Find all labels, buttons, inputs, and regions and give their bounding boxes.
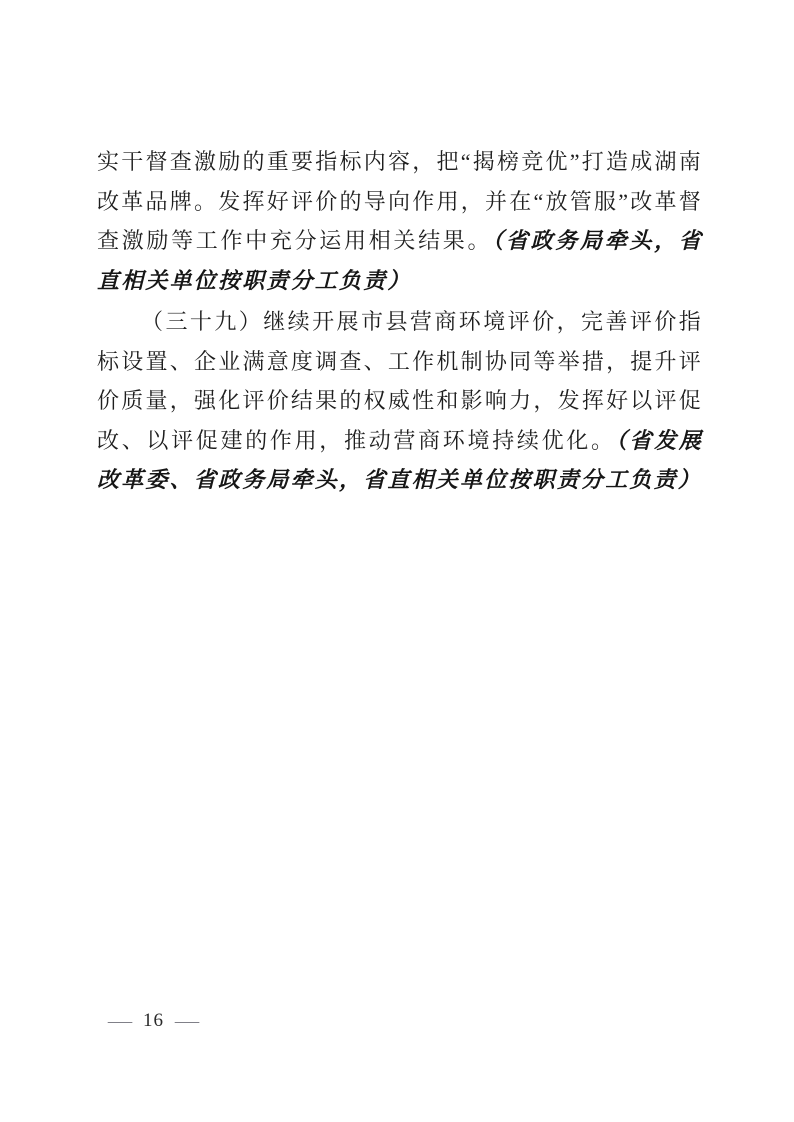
paragraph-body-text: （三十九）继续开展市县营商环境评价，完善评价指标设置、企业满意度调查、工作机制协… (97, 309, 703, 453)
page-number-right-dash: — (175, 1008, 199, 1034)
paragraph-continued: 实干督查激励的重要指标内容，把“揭榜竞优”打造成湖南改革品牌。发挥好评价的导向作… (97, 142, 703, 300)
paragraph-item-39: （三十九）继续开展市县营商环境评价，完善评价指标设置、企业满意度调查、工作机制协… (97, 302, 703, 500)
page-number: 16 (143, 1008, 164, 1034)
page-footer: — 16 — (111, 1008, 196, 1034)
document-page: 实干督查激励的重要指标内容，把“揭榜竞优”打造成湖南改革品牌。发挥好评价的导向作… (0, 0, 794, 1122)
page-number-left-dash: — (108, 1008, 132, 1034)
document-text-block: 实干督查激励的重要指标内容，把“揭榜竞优”打造成湖南改革品牌。发挥好评价的导向作… (97, 142, 703, 500)
